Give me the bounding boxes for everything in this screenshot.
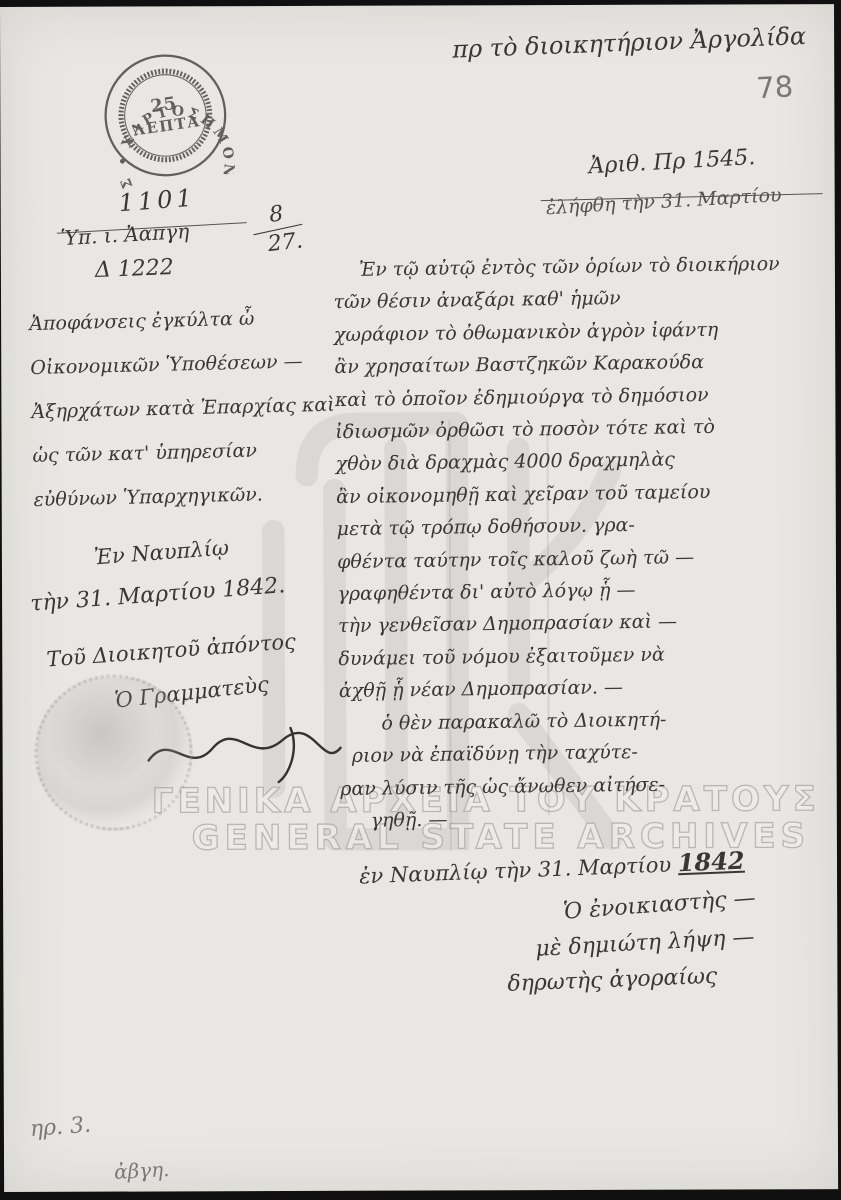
protocol-number: Ἀριθ. Πρ 1545.	[588, 145, 756, 179]
registry-fraction: 8 27.	[250, 199, 306, 258]
margin-note-line: Ἀξηρχάτων κατὰ Ἐπαρχίας καὶ	[31, 383, 335, 434]
revenue-stamp-25-lepta: ΧΑΡΤΟΣΗΜΟΝ ΤΑΜ • ΕΩΣ • 25 ΛΕΠΤΑ	[90, 40, 242, 192]
closing-date-year: 1842	[677, 846, 745, 878]
closing-signature-line-3: δηρωτὴς ἀγοραίως	[507, 964, 718, 997]
received-date-line: ἐλήφθη τὴν 31. Μαρτίου	[545, 184, 782, 219]
letter-body: Ἐν τῷ αὐτῷ ἐντὸς τῶν ὁρίων τὸ διοικήριον…	[333, 248, 788, 837]
body-line: Ἐν τῷ αὐτῷ ἐντὸς τῶν ὁρίων τὸ διοικήριον	[333, 248, 780, 287]
paper-sheet: ΓΕΝΙΚΑ ΑΡΧΕΙΑ ΤΟΥ ΚΡΑΤΟΥΣ GENERAL STATE …	[0, 4, 838, 1192]
margin-note-line: Οἰκονομικῶν Ὑποθέσεων —	[30, 339, 334, 390]
bottom-pencil-note-2: ἀβγη.	[113, 1157, 170, 1184]
margin-summary-note: Ἀποφάνσεις ἐγκύλτα ὦΟἰκονομικῶν Ὑποθέσεω…	[29, 295, 338, 522]
closing-signature-line-1: Ὁ ἐνοικιαστὴς —	[562, 886, 756, 925]
body-line: ἰδιωσμῶν ὀρθῶσι τὸ ποσὸν τότε καὶ τὸ	[335, 410, 782, 449]
bottom-pencil-note-1: ηρ. 3.	[29, 1113, 92, 1142]
address-line: πρ τὸ διοικητήριον Ἀργολίδα	[452, 22, 807, 64]
margin-note-line: Ἀποφάνσεις ἐγκύλτα ὦ	[29, 295, 333, 346]
faded-ink-stamp	[34, 674, 193, 831]
registry-number-bottom: Δ 1222	[94, 255, 174, 283]
folio-number-pencil: 78	[755, 69, 794, 105]
closing-date-prefix: ἐν Ναυπλίῳ τὴν 31. Μαρτίου	[359, 852, 679, 888]
registry-number-mid: Ὑπ. ι. Ἀαπγη	[60, 219, 190, 250]
closing-signature-line-2: μὲ δημιώτη λήψη —	[535, 925, 755, 962]
registry-number-top: 1101	[118, 184, 197, 218]
margin-note-line: εὐθύνων Ὑπαρχηγικῶν.	[33, 471, 337, 522]
document-scan: { "colors":{ "paper":"#e8e7e3","ink":"#3…	[0, 0, 841, 1200]
body-line: γηθῇ. —	[341, 799, 788, 838]
body-line: χωράφιον τὸ ὀθωμανικὸν ἀγρὸν ἰφάντη	[334, 313, 781, 352]
stamp-value: 25	[149, 94, 178, 118]
margin-note-line: ὡς τῶν κατ' ὑπηρεσίαν	[32, 427, 336, 478]
